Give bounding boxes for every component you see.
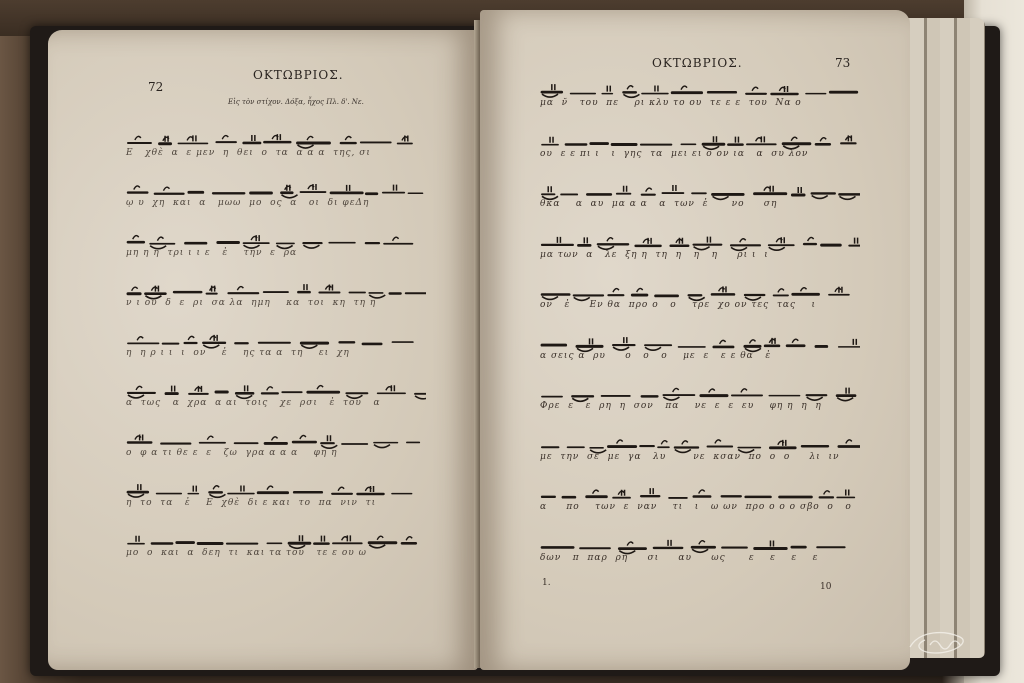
neume-notation bbox=[126, 130, 426, 148]
chant-line: μα των α λε ξη η τη η η η ρι ι ι bbox=[540, 232, 860, 260]
chant-line: ο φ α τι θε ε ε ζω γρα α α α φη η bbox=[126, 430, 426, 458]
chant-line: α τως α χρα α αι τοις χε ρσι ἐ του α bbox=[126, 380, 426, 408]
neume-notation bbox=[126, 330, 426, 348]
neume-notation bbox=[540, 232, 860, 250]
chant-line: η η ρ ι ι ι ον ἐ ης τα α τη ει χη bbox=[126, 330, 426, 358]
chant-line: Ε χθὲ α ε μεν η θει ο τα α α α της, σι bbox=[126, 130, 426, 158]
neume-notation bbox=[126, 380, 426, 398]
page-header: ΟΚΤΩΒΡΙΟΣ. bbox=[652, 56, 743, 70]
footnote-marker: 1. bbox=[542, 578, 551, 588]
chant-line: ου ε ε πι ι ι γης τα μει ει ο ον ια α συ… bbox=[540, 131, 860, 159]
neume-notation bbox=[540, 282, 860, 300]
chant-line: Φρε ε ε ρη η σον πα νε ε ε ευ φη η η η bbox=[540, 383, 860, 411]
page-header: ΟΚΤΩΒΡΙΟΣ. bbox=[253, 68, 344, 82]
chant-line: θκα α αυ μα α α α των ἐ νο ση bbox=[540, 181, 860, 209]
chant-line: με την σε με γα λυ νε κσαν πο ο ο λι ιν bbox=[540, 434, 860, 462]
neume-notation bbox=[540, 484, 860, 502]
neume-notation bbox=[126, 430, 426, 448]
neume-notation bbox=[126, 480, 426, 498]
signature-watermark bbox=[905, 625, 975, 660]
neume-notation bbox=[540, 434, 860, 452]
neume-notation bbox=[126, 180, 426, 198]
chant-line: ον ἐ Εν θα προ ο ο τρε χο ον τες τας ι bbox=[540, 282, 860, 310]
chant-line: α πο των ε ναν τι ι ω ων προ ο ο ο σβο ο… bbox=[540, 484, 860, 512]
chant-line: μο ο και α δεη τι και τα του τε ε ου ω bbox=[126, 530, 426, 558]
neume-notation bbox=[126, 530, 426, 548]
line-number: 10 bbox=[820, 582, 831, 592]
left-page: 72 ΟΚΤΩΒΡΙΟΣ. Εἰς τὸν στίχον. Δόξα, ἦχος… bbox=[48, 30, 478, 670]
chant-line: μα ν̆ του πε ρι κλυ το ου τε ε ε του Να … bbox=[540, 80, 860, 108]
chant-line: η το τα ἐ Ε χθὲ δι ε και το πα νιν τι bbox=[126, 480, 426, 508]
neume-notation bbox=[540, 131, 860, 149]
chant-line: ῳ υ χη και α μωω μο ος α οι δι φεΔη bbox=[126, 180, 426, 208]
chant-line: δων π παρ ρη σι αυ ως ε ε ε ε bbox=[540, 535, 860, 563]
neume-notation bbox=[126, 230, 426, 248]
neume-notation bbox=[540, 181, 860, 199]
page-number: 72 bbox=[148, 80, 163, 94]
neume-notation bbox=[540, 535, 860, 553]
neume-notation bbox=[540, 80, 860, 98]
chant-line: α σεις α ρυ ο ο ο με ε ε ε θα ἐ bbox=[540, 333, 860, 361]
neume-notation bbox=[126, 280, 426, 298]
neume-notation bbox=[540, 333, 860, 351]
hymn-subtitle: Εἰς τὸν στίχον. Δόξα, ἦχος Πλ. δ'. Νε. bbox=[228, 98, 364, 106]
right-page: ΟΚΤΩΒΡΙΟΣ. 73 μα ν̆ του πε ρι κλυ το ου … bbox=[480, 10, 910, 670]
chant-line: μη η η τρι ι ι ε ἐ την ε ρα bbox=[126, 230, 426, 258]
page-number: 73 bbox=[835, 56, 850, 70]
chant-line: ν ι ου δ ε ρι σα λα ημη κα τοι κη τη η bbox=[126, 280, 426, 308]
neume-notation bbox=[540, 383, 860, 401]
